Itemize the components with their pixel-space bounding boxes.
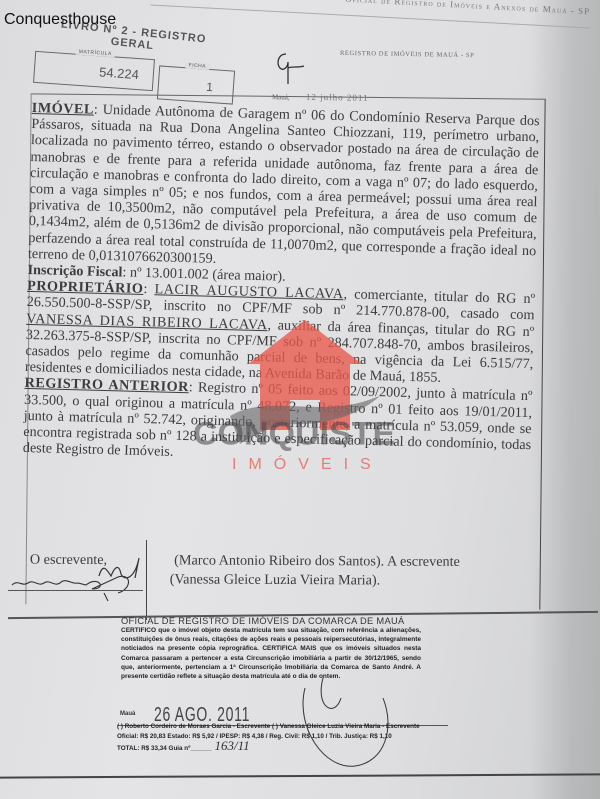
initials-signature-icon bbox=[272, 50, 308, 86]
certificate-text: CERTIFICO que o imóvel objeto desta matr… bbox=[121, 626, 421, 681]
watermark-brand: CONQUISTE bbox=[193, 416, 395, 453]
proprietario-section: PROPRIETÁRIO: LACIR AUGUSTO LACAVA, come… bbox=[25, 278, 535, 388]
certificate-stamp: OFICIAL DE REGISTRO DE IMÓVEIS DA COMARC… bbox=[121, 616, 421, 681]
image-caption: Conquesthouse bbox=[4, 11, 116, 29]
imovel-section: IMÓVEL: Unidade Autônoma de Garagem nº 0… bbox=[28, 100, 540, 275]
imovel-text: : Unidade Autônoma de Garagem nº 06 do C… bbox=[28, 102, 540, 267]
ficha-value: 1 bbox=[206, 80, 214, 94]
matricula-body: IMÓVEL: Unidade Autônoma de Garagem nº 0… bbox=[23, 100, 540, 470]
fee-total: TOTAL: R$ 33,34 Guia nº bbox=[117, 745, 190, 752]
clerk2-name: (Vanessa Gleice Luzia Vieira Maria). bbox=[170, 571, 381, 588]
clerk2-line: (Vanessa Gleice Luzia Vieira Maria). bbox=[170, 570, 381, 590]
imovel-label: IMÓVEL bbox=[32, 100, 95, 118]
matricula-value: 54.224 bbox=[99, 64, 140, 82]
signature-underline bbox=[8, 590, 143, 591]
clerk-name: (Marco Antonio Ribeiro dos Santos). A es… bbox=[174, 552, 460, 569]
certificate-city: Mauá bbox=[120, 711, 135, 717]
clerk2-signature-icon bbox=[8, 565, 143, 605]
ficha-label: FICHA bbox=[185, 62, 209, 70]
watermark-sub: IMÓVEIS bbox=[232, 456, 383, 474]
signature-divider bbox=[146, 540, 147, 620]
signature-loop-icon bbox=[295, 678, 405, 778]
certificate-title: OFICIAL DE REGISTRO DE IMÓVEIS DA COMARC… bbox=[121, 616, 421, 626]
guia-number: 163/11 bbox=[214, 738, 249, 753]
